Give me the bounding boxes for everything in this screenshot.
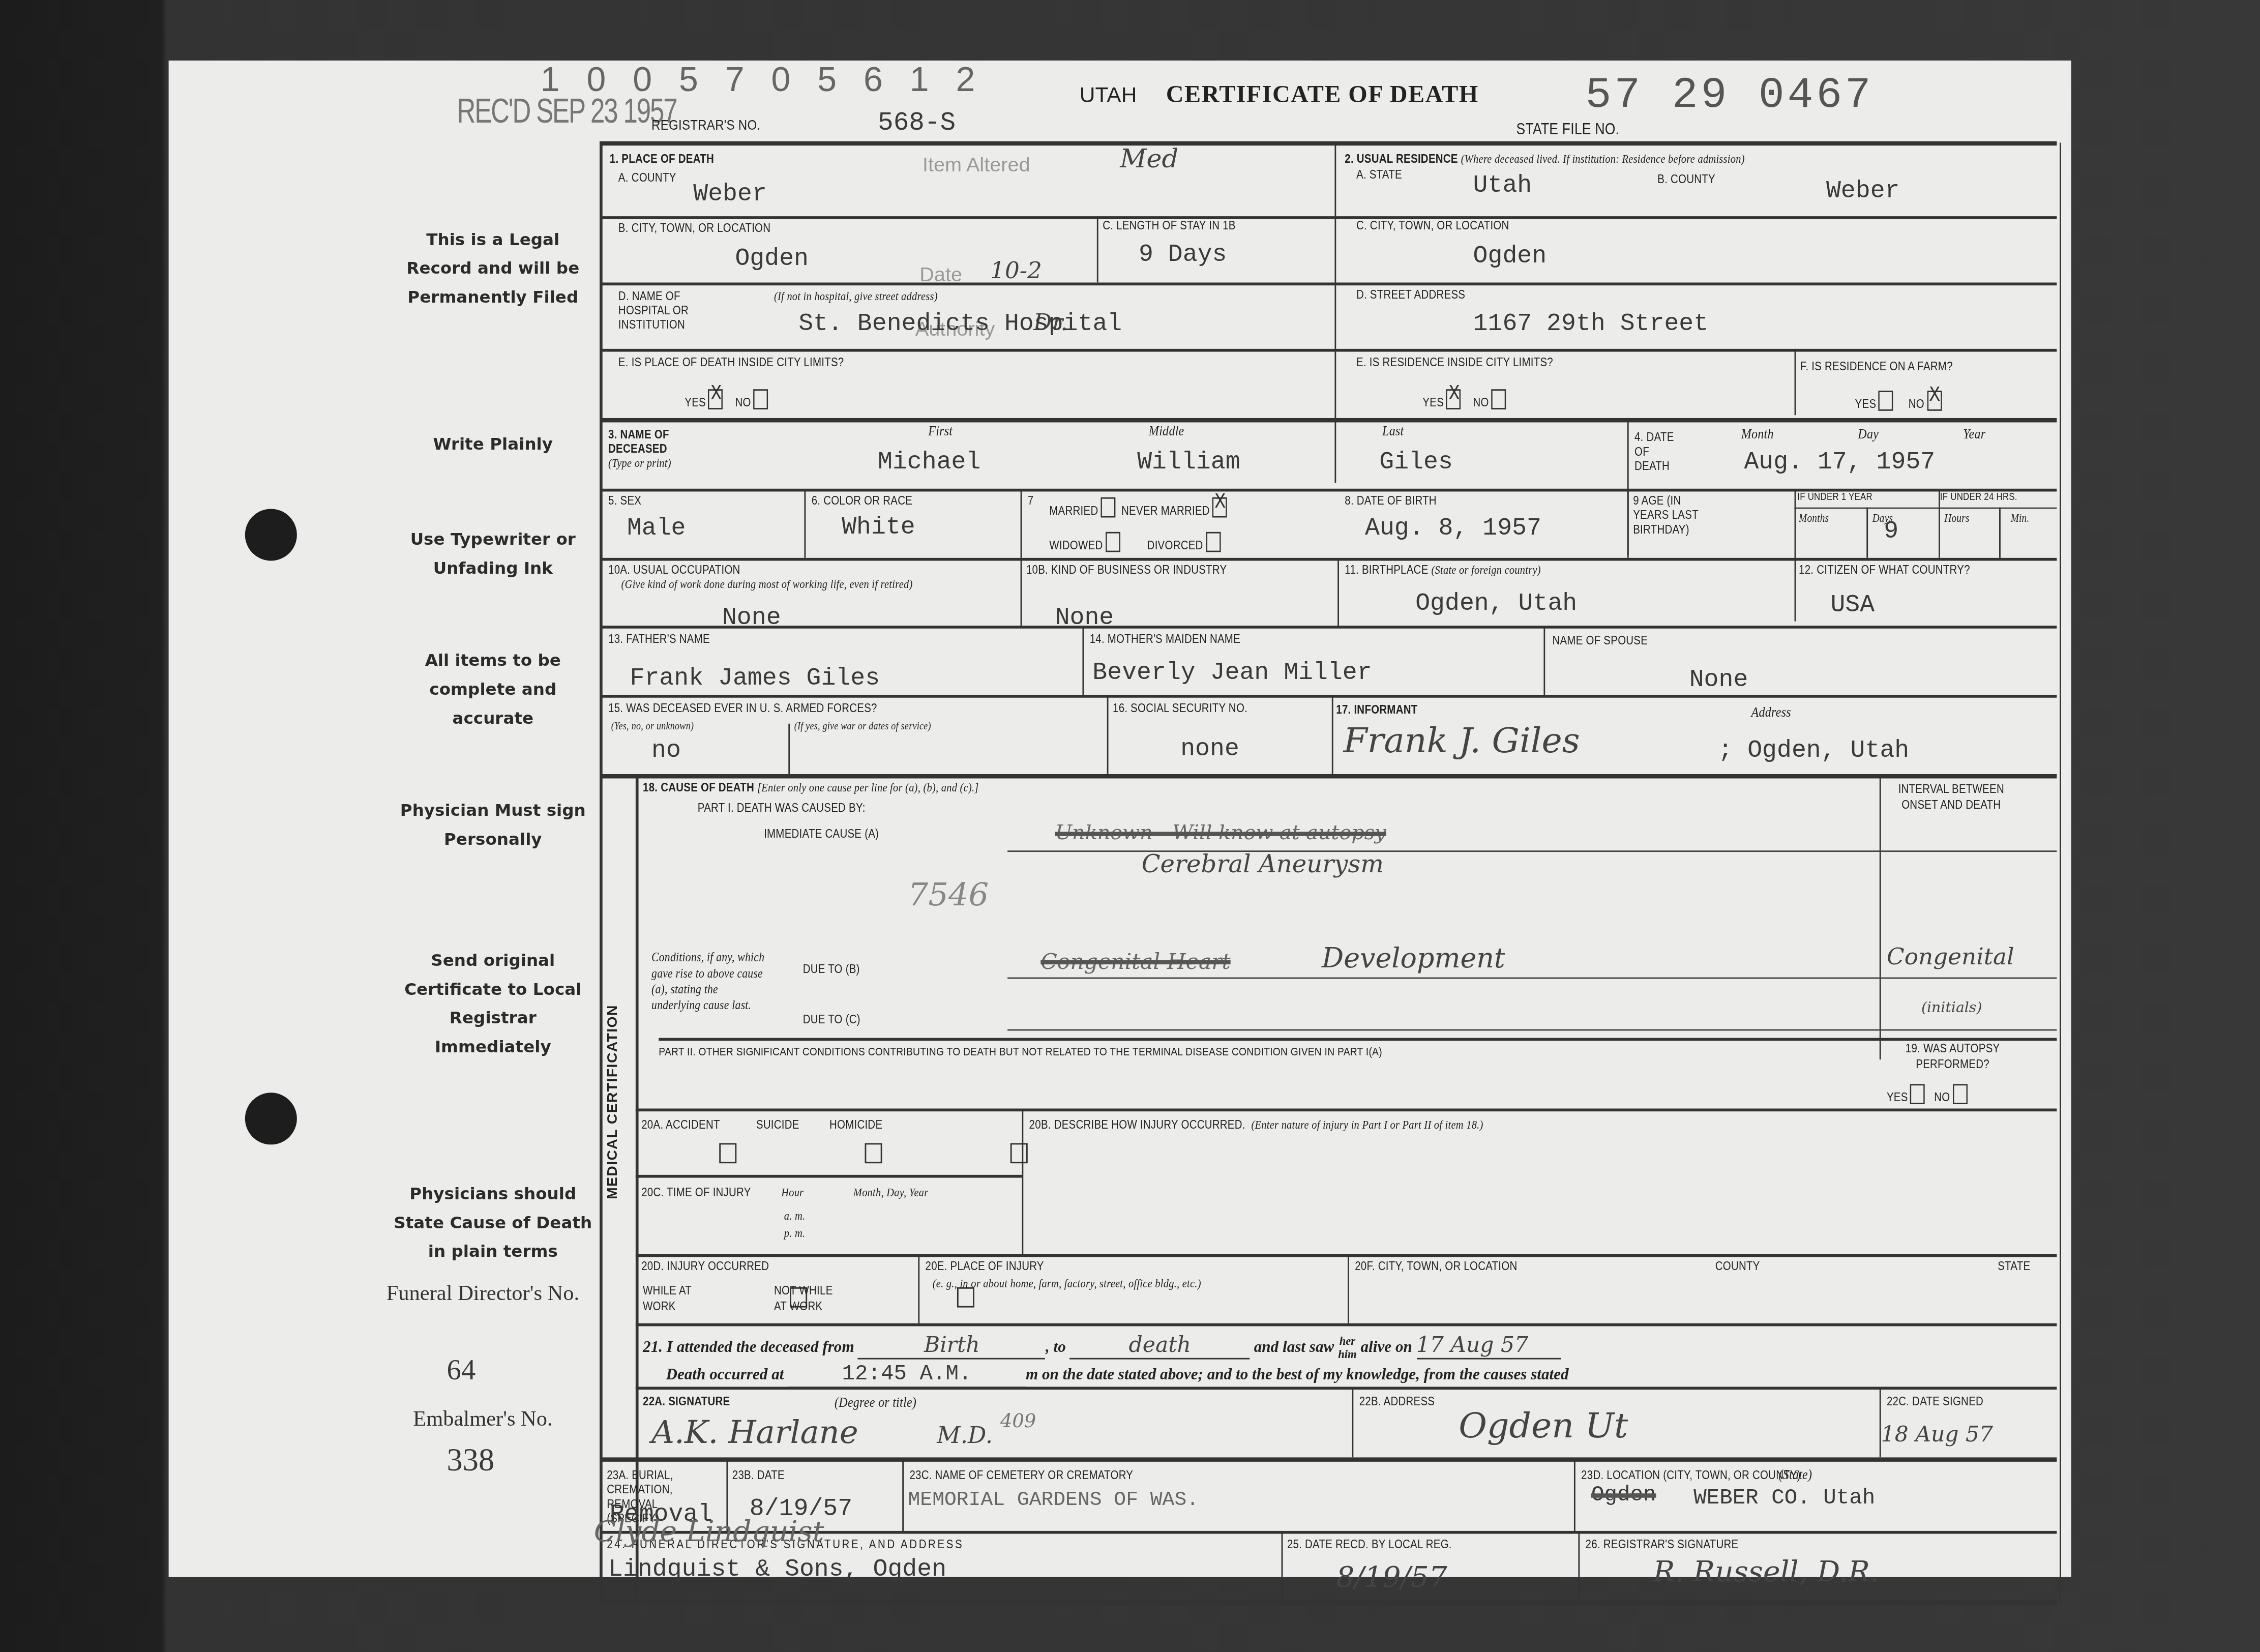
hospital-value: St. Benedicts Hospital xyxy=(798,311,1122,339)
never-married-checkbox[interactable] xyxy=(1212,497,1227,518)
degree-number: 409 xyxy=(1000,1411,1036,1433)
describe-injury-label: 20b. DESCRIBE HOW INJURY OCCURRED. (Ente… xyxy=(1029,1117,1483,1132)
margin-note: All items to be complete and accurate xyxy=(399,646,586,732)
middle-name-value: William xyxy=(1137,450,1240,477)
place-of-injury-hint: (e. g., in or about home, farm, factory,… xyxy=(933,1276,1276,1291)
year-label: Year xyxy=(1963,427,1985,442)
punch-hole xyxy=(245,1093,297,1144)
widowed-checkbox[interactable] xyxy=(1105,532,1120,552)
date-signed-label: 22c. DATE SIGNED xyxy=(1887,1394,1983,1408)
attended-line: 21. I attended the deceased from Birth, … xyxy=(643,1332,1560,1362)
on-farm-no-checkbox[interactable] xyxy=(1927,391,1942,411)
part-2-label: PART II. OTHER SIGNIFICANT CONDITIONS CO… xyxy=(659,1045,1382,1058)
injury-city-label: 20f. CITY, TOWN, OR LOCATION xyxy=(1355,1258,1517,1273)
res-state-value: Utah xyxy=(1473,173,1532,200)
margin-note: Send original Certificate to Local Regis… xyxy=(399,946,586,1061)
mother-maiden-name-label: 14. MOTHER'S MAIDEN NAME xyxy=(1090,631,1240,645)
res-inside-city-checkboxes: YES NO xyxy=(1422,389,1506,409)
spouse-name-label: NAME OF SPOUSE xyxy=(1552,633,1648,647)
death-inside-city-label: e. IS PLACE OF DEATH INSIDE CITY LIMITS? xyxy=(618,355,844,369)
am-label: a. m. xyxy=(784,1208,806,1222)
race-value: White xyxy=(842,515,915,542)
informant-address-label: Address xyxy=(1751,705,1791,721)
date-received-value: 8/19/57 xyxy=(1336,1560,1447,1595)
death-city-label: b. CITY, TOWN, OR LOCATION xyxy=(618,221,770,235)
margin-note: Write Plainly xyxy=(399,430,586,459)
armed-forces-value: no xyxy=(651,738,681,765)
funeral-director-signature: Clyde Lindquist xyxy=(594,1514,824,1548)
interval-label: INTERVAL BETWEEN ONSET AND DEATH xyxy=(1884,781,2018,813)
divorced-checkbox[interactable] xyxy=(1205,532,1220,552)
res-inside-city-label: e. IS RESIDENCE INSIDE CITY LIMITS? xyxy=(1356,355,1553,369)
injury-county-label: COUNTY xyxy=(1715,1258,1760,1273)
res-inside-city-yes-checkbox[interactable] xyxy=(1446,389,1461,409)
autopsy-label: 19. WAS AUTOPSY PERFORMED? xyxy=(1885,1041,2020,1072)
informant-signature: Frank J. Giles xyxy=(1343,721,1580,761)
physician-address-label: 22b. ADDRESS xyxy=(1359,1394,1435,1408)
death-occurred-line: Death occurred at 12:45 A.M.m on the dat… xyxy=(666,1362,1568,1388)
time-of-injury-label: 20c. TIME OF INJURY xyxy=(641,1185,751,1199)
disposition-date-label: 23b. DATE xyxy=(732,1467,785,1482)
married-checkbox[interactable] xyxy=(1101,497,1115,518)
date-of-birth-value: Aug. 8, 1957 xyxy=(1365,516,1541,544)
first-name-value: Michael xyxy=(878,450,980,477)
margin-note: Use Typewriter or Unfading Ink xyxy=(385,525,601,582)
marital-row-1: MARRIED NEVER MARRIED xyxy=(1049,497,1227,518)
margin-note: Physicians should State Cause of Death i… xyxy=(385,1179,601,1265)
immediate-cause-label: IMMEDIATE CAUSE (a) xyxy=(764,826,879,840)
res-county-label: b. COUNTY xyxy=(1657,171,1715,186)
attended-from-value: Birth xyxy=(858,1332,1046,1360)
armed-forces-hint-b: (If yes, give war or dates of service) xyxy=(794,719,931,732)
physician-address-value: Ogden Ut xyxy=(1459,1405,1628,1445)
death-occurred-at-value: 12:45 A.M. xyxy=(788,1362,1026,1388)
res-city-value: Ogden xyxy=(1473,244,1547,271)
location-label: 23d. LOCATION (City, town, or county) xyxy=(1581,1467,1801,1482)
injury-type-labels: 20a. ACCIDENT SUICIDE HOMICIDE xyxy=(641,1117,882,1132)
occupation-value: None xyxy=(722,605,781,633)
under-24-hrs-label: IF UNDER 24 HRS. xyxy=(1940,493,2017,503)
location-state-label: (State) xyxy=(1778,1467,1812,1483)
immediate-cause-struck: Unknown - Will know at autopsy xyxy=(1055,821,1386,844)
industry-label: 10b. KIND OF BUSINESS OR INDUSTRY xyxy=(1026,562,1227,576)
race-label: 6. COLOR OR RACE xyxy=(812,493,912,507)
marital-row-2: WIDOWED DIVORCED xyxy=(1049,532,1220,552)
hour-label: Hour xyxy=(781,1185,804,1199)
sex-label: 5. SEX xyxy=(608,493,641,507)
armed-forces-hint-a: (Yes, no, or unknown) xyxy=(611,719,694,732)
autopsy-no-checkbox[interactable] xyxy=(1952,1084,1967,1104)
occupation-hint: (Give kind of work done during most of w… xyxy=(621,577,952,591)
on-farm-yes-checkbox[interactable] xyxy=(1879,391,1893,411)
armed-forces-label: 15. WAS DECEASED EVER IN U. S. ARMED FOR… xyxy=(608,700,877,715)
hospital-hint: (If not in hospital, give street address… xyxy=(774,288,938,303)
injury-occurred-label: 20d. INJURY OCCURRED xyxy=(641,1258,769,1273)
on-farm-label: f. IS RESIDENCE ON A FARM? xyxy=(1800,359,1953,373)
funeral-director-value: Lindquist & Sons, Ogden xyxy=(608,1557,946,1584)
deceased-name-label: 3. NAME OF DECEASED(Type or print) xyxy=(608,427,706,470)
occupation-label: 10a. USUAL OCCUPATION xyxy=(608,562,740,576)
birthplace-label: 11. BIRTHPLACE (State or foreign country… xyxy=(1345,562,1541,576)
last-name-value: Giles xyxy=(1379,450,1453,477)
alteration-date-value: 10-2 xyxy=(990,256,1042,284)
last-name-label: Last xyxy=(1382,424,1404,439)
months-label: Months xyxy=(1799,512,1829,525)
informant-label: 17. INFORMANT xyxy=(1336,702,1417,716)
industry-value: None xyxy=(1055,605,1114,633)
place-of-death-label: 1. PLACE OF DEATH xyxy=(610,152,714,166)
state-file-no-label: STATE FILE NO. xyxy=(1516,121,1620,138)
death-inside-city-checkboxes: YES NO xyxy=(685,389,768,409)
place-of-injury-label: 20e. PLACE OF INJURY xyxy=(926,1258,1044,1273)
punch-hole xyxy=(245,509,297,560)
citizen-label: 12. CITIZEN OF WHAT COUNTRY? xyxy=(1799,562,1970,576)
sex-value: Male xyxy=(627,516,686,544)
hospital-label: d. NAME OF HOSPITAL OR INSTITUTION xyxy=(618,288,704,332)
registrars-no-label: REGISTRAR'S NO. xyxy=(651,118,760,134)
scan-background: REC'D SEP 23 1957 1 0 0 5 7 0 5 6 1 2 RE… xyxy=(0,0,2260,1652)
street-address-label: d. STREET ADDRESS xyxy=(1356,287,1465,301)
certificate-page: REC'D SEP 23 1957 1 0 0 5 7 0 5 6 1 2 RE… xyxy=(169,61,2071,1577)
date-received-label: 25. DATE RECD. BY LOCAL REG. xyxy=(1287,1537,1452,1551)
immediate-cause-value: Cerebral Aneurysm xyxy=(1142,850,1384,879)
embalmer-no-label: Embalmer's No. xyxy=(375,1408,591,1433)
month-day-year-label: Month, Day, Year xyxy=(853,1185,929,1199)
ssn-label: 16. SOCIAL SECURITY NO. xyxy=(1113,700,1247,715)
on-farm-checkboxes: YES NO xyxy=(1855,391,1942,411)
embalmer-no: 338 xyxy=(447,1441,495,1479)
mother-maiden-name-value: Beverly Jean Miller xyxy=(1092,660,1372,688)
date-of-death-label: 4. DATE OF DEATH xyxy=(1634,430,1683,473)
date-of-death-value: Aug. 17, 1957 xyxy=(1744,450,1935,477)
while-at-work-label: WHILE AT WORK xyxy=(643,1283,694,1314)
spouse-name-value: None xyxy=(1689,667,1748,695)
informant-address-value: ; Ogden, Utah xyxy=(1718,738,1909,765)
cause-of-death-label: 18. CAUSE OF DEATH [Enter only one cause… xyxy=(643,780,978,794)
usual-residence-label: 2. USUAL RESIDENCE (Where deceased lived… xyxy=(1345,152,1744,166)
age-days-value: 9 xyxy=(1884,519,1898,546)
margin-note: Physician Must sign Personally xyxy=(399,795,586,853)
res-county-value: Weber xyxy=(1826,179,1900,206)
medical-certification-side-label: MEDICAL CERTIFICATION xyxy=(605,1005,621,1199)
title-state: UTAH xyxy=(1080,83,1137,108)
cemetery-label: 23c. NAME OF CEMETERY OR CREMATORY xyxy=(909,1467,1133,1482)
cemetery-value: MEMORIAL GARDENS OF WAS. xyxy=(908,1489,1199,1512)
state-file-no: 57 29 0467 xyxy=(1586,72,1874,121)
autopsy-checkboxes: YES NO xyxy=(1887,1084,1967,1104)
first-name-label: First xyxy=(928,424,953,439)
street-address-value: 1167 29th Street xyxy=(1473,311,1709,339)
middle-name-label: Middle xyxy=(1149,424,1184,439)
injury-state-label: STATE xyxy=(1998,1258,2030,1273)
marital-status-label: 7 xyxy=(1028,493,1034,507)
ssn-value: none xyxy=(1180,736,1239,764)
res-state-label: a. STATE xyxy=(1356,167,1402,182)
degree-label: (Degree or title) xyxy=(835,1396,916,1411)
res-inside-city-no-checkbox[interactable] xyxy=(1492,389,1506,409)
citizen-value: USA xyxy=(1830,593,1875,620)
not-while-at-work-label: NOT WHILE AT WORK xyxy=(774,1283,835,1314)
alive-on-value: 17 Aug 57 xyxy=(1416,1332,1560,1360)
interval-note: (initials) xyxy=(1921,1000,1982,1016)
hours-label: Hours xyxy=(1944,512,1969,525)
day-label: Day xyxy=(1858,427,1879,442)
father-name-label: 13. FATHER'S NAME xyxy=(608,631,710,645)
res-city-label: c. CITY, TOWN, OR LOCATION xyxy=(1356,218,1509,232)
month-label: Month xyxy=(1741,427,1774,442)
conditions-hint: Conditions, if any, which gave rise to a… xyxy=(651,950,768,1014)
homicide-checkbox[interactable] xyxy=(1010,1143,1028,1164)
length-of-stay-label: c. LENGTH OF STAY IN 1b xyxy=(1103,218,1236,232)
funeral-director-no: 64 xyxy=(447,1355,476,1388)
father-name-value: Frank James Giles xyxy=(630,666,880,693)
date-of-birth-label: 8. DATE OF BIRTH xyxy=(1345,493,1437,507)
alteration-date-label: Date xyxy=(919,262,962,285)
due-to-b-value: Development xyxy=(1322,943,1505,975)
death-city-value: Ogden xyxy=(735,247,809,274)
date-signed-value: 18 Aug 57 xyxy=(1881,1422,1994,1448)
cause-code: 7546 xyxy=(908,878,989,914)
attended-to-value: death xyxy=(1070,1332,1250,1360)
min-label: Min. xyxy=(2011,512,2030,525)
due-to-c-label: DUE TO (c) xyxy=(803,1012,860,1026)
item-altered-value: Med xyxy=(1120,144,1178,174)
accident-checkbox[interactable] xyxy=(719,1143,736,1164)
under-1-year-label: IF UNDER 1 YEAR xyxy=(1797,493,1872,503)
serial-number: 1 0 0 5 7 0 5 6 1 2 xyxy=(541,61,984,101)
county-label: a. COUNTY xyxy=(618,170,676,184)
registrar-signature-label: 26. REGISTRAR'S SIGNATURE xyxy=(1586,1537,1739,1551)
due-to-b-struck: Congenital Heart xyxy=(1040,949,1230,975)
registrar-signature: R. Russell, D.R. xyxy=(1653,1554,1879,1588)
interval-b-value: Congenital xyxy=(1887,943,2014,970)
length-of-stay-value: 9 Days xyxy=(1139,242,1227,270)
pm-label: p. m. xyxy=(784,1225,806,1240)
physician-signature-label: 22a. SIGNATURE xyxy=(643,1394,730,1408)
funeral-director-no-label: Funeral Director's No. xyxy=(375,1283,591,1307)
age-label: 9 AGE (In years last birthday) xyxy=(1633,493,1707,536)
degree-value: M.D. xyxy=(937,1422,993,1449)
death-county-value: Weber xyxy=(693,182,767,209)
physician-signature: A.K. Harlane xyxy=(651,1415,858,1452)
death-inside-city-no-checkbox[interactable] xyxy=(753,389,768,409)
due-to-b-label: DUE TO (b) xyxy=(803,961,860,976)
suicide-checkbox[interactable] xyxy=(865,1143,882,1164)
part-1-label: PART I. DEATH WAS CAUSED BY: xyxy=(698,800,866,814)
item-altered-label: Item Altered xyxy=(923,153,1030,175)
autopsy-yes-checkbox[interactable] xyxy=(1910,1084,1925,1104)
location-struck: Ogden xyxy=(1591,1483,1656,1508)
margin-note: This is a Legal Record and will be Perma… xyxy=(399,225,586,311)
location-value: WEBER CO. Utah xyxy=(1693,1486,1875,1511)
birthplace-value: Ogden, Utah xyxy=(1415,591,1577,618)
registrars-no: 568-S xyxy=(878,109,956,138)
death-inside-city-yes-checkbox[interactable] xyxy=(708,389,723,409)
document-title: CERTIFICATE OF DEATH xyxy=(1166,81,1479,110)
